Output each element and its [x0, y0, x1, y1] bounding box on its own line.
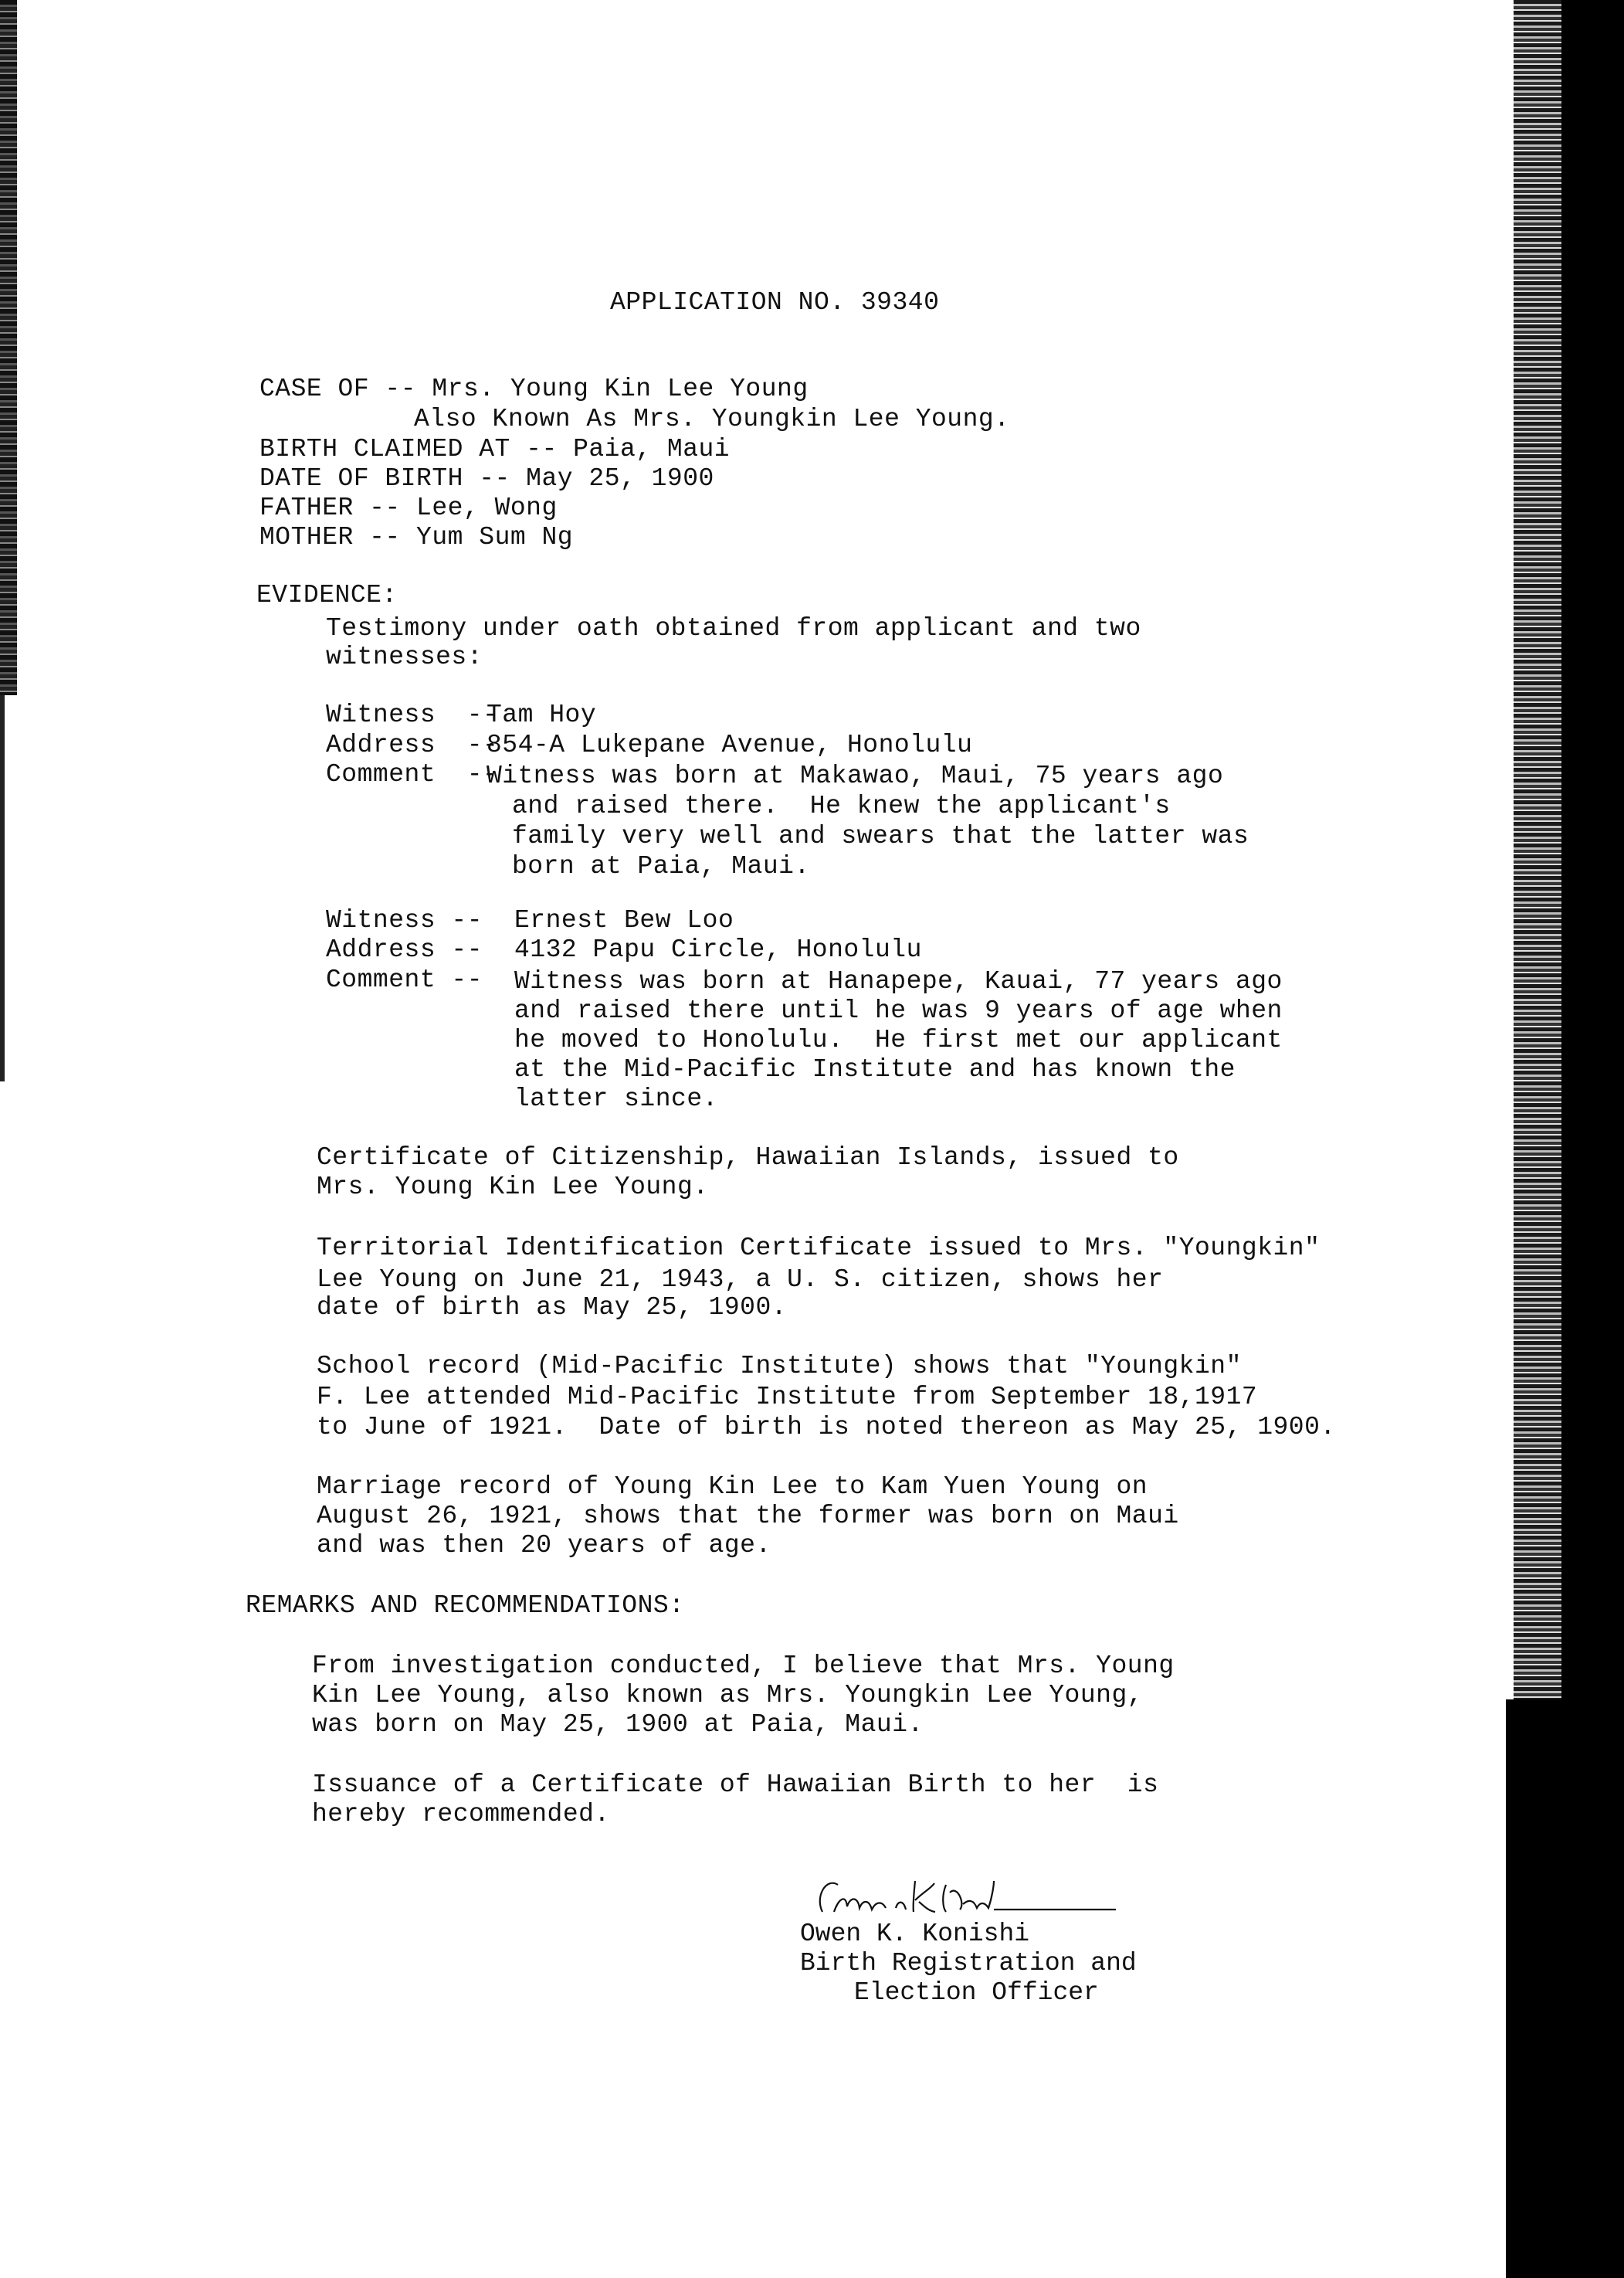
witness-1-label: Witness -- — [326, 701, 498, 730]
evidence-paragraph-line: and was then 20 years of age. — [317, 1531, 771, 1560]
dob-value: May 25, 1900 — [526, 464, 714, 493]
evidence-paragraph-line: Lee Young on June 21, 1943, a U. S. citi… — [317, 1265, 1163, 1295]
case-of-value: Mrs. Young Kin Lee Young — [432, 375, 808, 403]
remarks-paragraph-line: Kin Lee Young, also known as Mrs. Youngk… — [312, 1681, 1143, 1710]
scan-edge-left-lower — [0, 695, 5, 1081]
mother-label: MOTHER -- — [259, 523, 401, 552]
mother-value: Yum Sum Ng — [416, 523, 573, 552]
evidence-paragraph-line: to June of 1921. Date of birth is noted … — [317, 1413, 1336, 1442]
witness-2-label: Witness -- — [326, 906, 483, 935]
father-label: FATHER -- — [259, 494, 401, 522]
evidence-paragraph-line: Marriage record of Young Kin Lee to Kam … — [317, 1472, 1148, 1502]
witness-1-name: Tam Hoy — [487, 701, 596, 730]
birth-claimed-label: BIRTH CLAIMED AT -- — [259, 435, 558, 463]
case-of-line: CASE OF -- Mrs. Young Kin Lee Young — [259, 375, 809, 404]
witness-2-comment-line: at the Mid-Pacific Institute and has kno… — [514, 1055, 1236, 1085]
witness-1-address: 854-A Lukepane Avenue, Honolulu — [487, 731, 972, 760]
birth-claimed-value: Paia, Maui — [573, 435, 730, 463]
witness-1-comment-line: Witness was born at Makawao, Maui, 75 ye… — [487, 762, 1223, 791]
witness-1-comment-line: family very well and swears that the lat… — [512, 822, 1249, 851]
witness-1-comment-line: born at Paia, Maui. — [512, 852, 810, 881]
scan-edge-left — [0, 0, 17, 695]
witness-1-address-label: Address -- — [326, 731, 498, 760]
witness-1-comment-line: and raised there. He knew the applicant'… — [512, 792, 1171, 821]
witness-2-comment-line: Witness was born at Hanapepe, Kauai, 77 … — [514, 967, 1283, 996]
father-line: FATHER -- Lee, Wong — [259, 494, 558, 523]
father-value: Lee, Wong — [416, 494, 558, 522]
evidence-paragraph-line: F. Lee attended Mid-Pacific Institute fr… — [317, 1383, 1257, 1412]
witness-1-comment-label: Comment -- — [326, 760, 498, 789]
witness-2-name: Ernest Bew Loo — [514, 906, 734, 935]
scan-edge-right-lower — [1506, 1699, 1624, 2278]
case-of-label: CASE OF -- — [259, 375, 416, 403]
witness-2-comment-label: Comment -- — [326, 966, 483, 995]
evidence-paragraph-line: Territorial Identification Certificate i… — [317, 1234, 1320, 1263]
evidence-paragraph-line: Mrs. Young Kin Lee Young. — [317, 1173, 709, 1202]
application-title: APPLICATION NO. 39340 — [610, 288, 939, 317]
scan-edge-right-texture — [1514, 0, 1561, 1854]
remarks-paragraph-line: hereby recommended. — [312, 1800, 610, 1829]
evidence-intro-line: Testimony under oath obtained from appli… — [326, 614, 1141, 643]
evidence-paragraph-line: August 26, 1921, shows that the former w… — [317, 1502, 1179, 1531]
evidence-paragraph-line: School record (Mid-Pacific Institute) sh… — [317, 1352, 1242, 1381]
signatory-title-line-2: Election Officer — [854, 1978, 1099, 2008]
signatory-title-line-1: Birth Registration and — [800, 1949, 1137, 1978]
remarks-paragraph-line: Issuance of a Certificate of Hawaiian Bi… — [312, 1770, 1158, 1800]
witness-2-comment-line: he moved to Honolulu. He first met our a… — [514, 1026, 1283, 1055]
birth-claimed-line: BIRTH CLAIMED AT -- Paia, Maui — [259, 435, 730, 464]
witness-2-address-label: Address -- — [326, 935, 483, 965]
handwritten-signature — [792, 1869, 1178, 1923]
evidence-paragraph-line: Certificate of Citizenship, Hawaiian Isl… — [317, 1143, 1179, 1173]
aka-line: Also Known As Mrs. Youngkin Lee Young. — [414, 405, 1010, 434]
dob-line: DATE OF BIRTH -- May 25, 1900 — [259, 464, 714, 494]
evidence-heading: EVIDENCE: — [256, 581, 398, 610]
remarks-heading: REMARKS AND RECOMMENDATIONS: — [246, 1591, 685, 1621]
remarks-paragraph-line: From investigation conducted, I believe … — [312, 1652, 1175, 1681]
signatory-name: Owen K. Konishi — [800, 1920, 1029, 1949]
witness-2-comment-line: and raised there until he was 9 years of… — [514, 996, 1283, 1026]
remarks-paragraph-line: was born on May 25, 1900 at Paia, Maui. — [312, 1710, 924, 1740]
evidence-intro-line: witnesses: — [326, 643, 483, 672]
evidence-paragraph-line: date of birth as May 25, 1900. — [317, 1293, 787, 1322]
dob-label: DATE OF BIRTH -- — [259, 464, 510, 493]
witness-2-comment-line: latter since. — [514, 1085, 718, 1114]
mother-line: MOTHER -- Yum Sum Ng — [259, 523, 573, 552]
witness-2-address: 4132 Papu Circle, Honolulu — [514, 935, 922, 965]
